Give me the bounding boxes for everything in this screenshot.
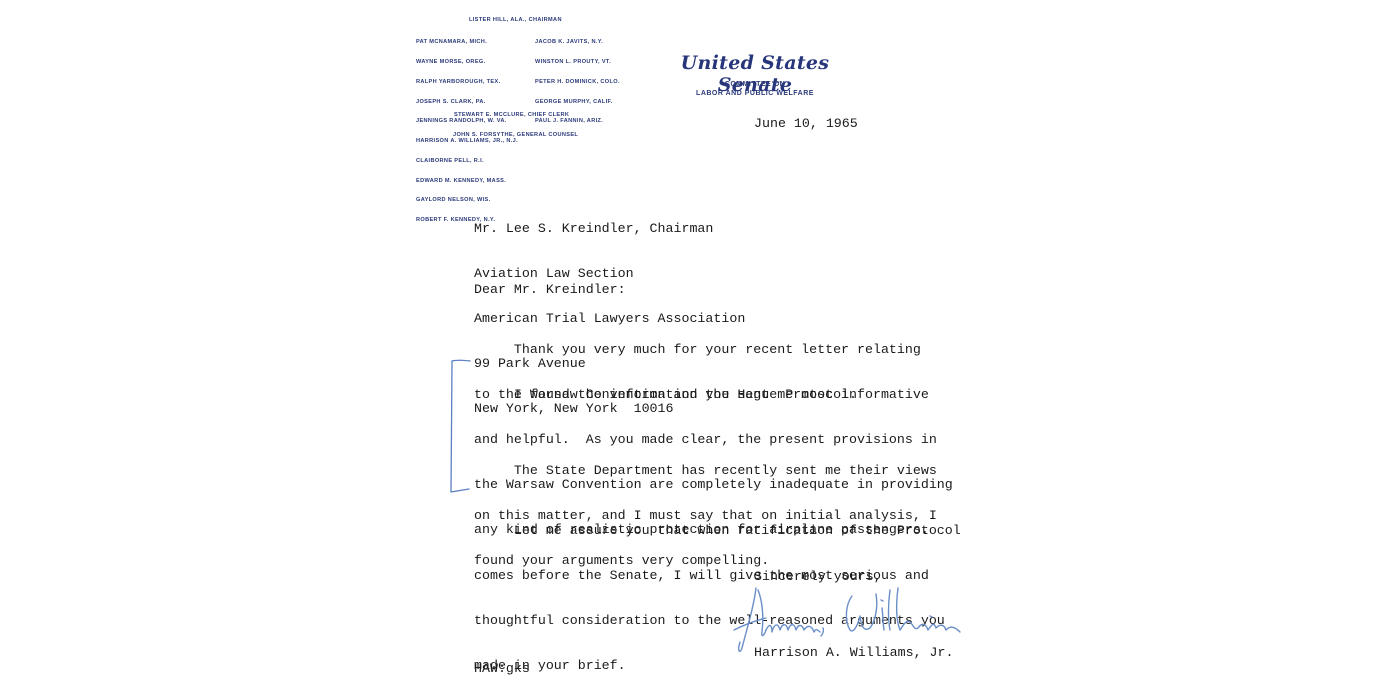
- paragraph-line: Let me assure you that when ratification…: [474, 523, 961, 538]
- member-name: WAYNE MORSE, OREG.: [416, 59, 518, 66]
- committee-line: LABOR AND PUBLIC WELFARE: [652, 89, 858, 98]
- letterhead-staff: STEWART E. MCCLURE, CHIEF CLERK JOHN S. …: [453, 99, 578, 152]
- paragraph-line: I found the information you sent me most…: [474, 387, 953, 402]
- letter-page: LISTER HILL, ALA., CHAIRMAN PAT MCNAMARA…: [0, 0, 1400, 700]
- committee-line: COMMITTEE ON: [652, 80, 858, 89]
- member-name: WINSTON L. PROUTY, VT.: [535, 59, 620, 66]
- member-name: RALPH YARBOROUGH, TEX.: [416, 79, 518, 86]
- staff-name: JOHN S. FORSYTHE, GENERAL COUNSEL: [453, 132, 578, 139]
- signer-name: Harrison A. Williams, Jr.: [754, 645, 954, 660]
- paragraph-line: Thank you very much for your recent lett…: [474, 342, 921, 357]
- margin-bracket-mark: [448, 358, 472, 496]
- staff-name: STEWART E. MCCLURE, CHIEF CLERK: [453, 112, 578, 119]
- member-name: PETER H. DOMINICK, COLO.: [535, 79, 620, 86]
- paragraph-line: made in your brief.: [474, 658, 961, 673]
- member-name: PAT MCNAMARA, MICH.: [416, 39, 518, 46]
- paragraph-line: The State Department has recently sent m…: [474, 463, 937, 478]
- salutation: Dear Mr. Kreindler:: [474, 282, 626, 297]
- member-name: CLAIBORNE PELL, R.I.: [416, 158, 518, 165]
- letter-date: June 10, 1965: [754, 116, 858, 131]
- member-name: EDWARD M. KENNEDY, MASS.: [416, 178, 518, 185]
- address-line: Aviation Law Section: [474, 266, 745, 281]
- reference-initials: HAW:gks: [474, 661, 530, 676]
- letterhead-chairman: LISTER HILL, ALA., CHAIRMAN: [469, 17, 562, 24]
- committee-name: COMMITTEE ON LABOR AND PUBLIC WELFARE: [652, 80, 858, 98]
- address-line: Mr. Lee S. Kreindler, Chairman: [474, 221, 745, 236]
- member-name: JACOB K. JAVITS, N.Y.: [535, 39, 620, 46]
